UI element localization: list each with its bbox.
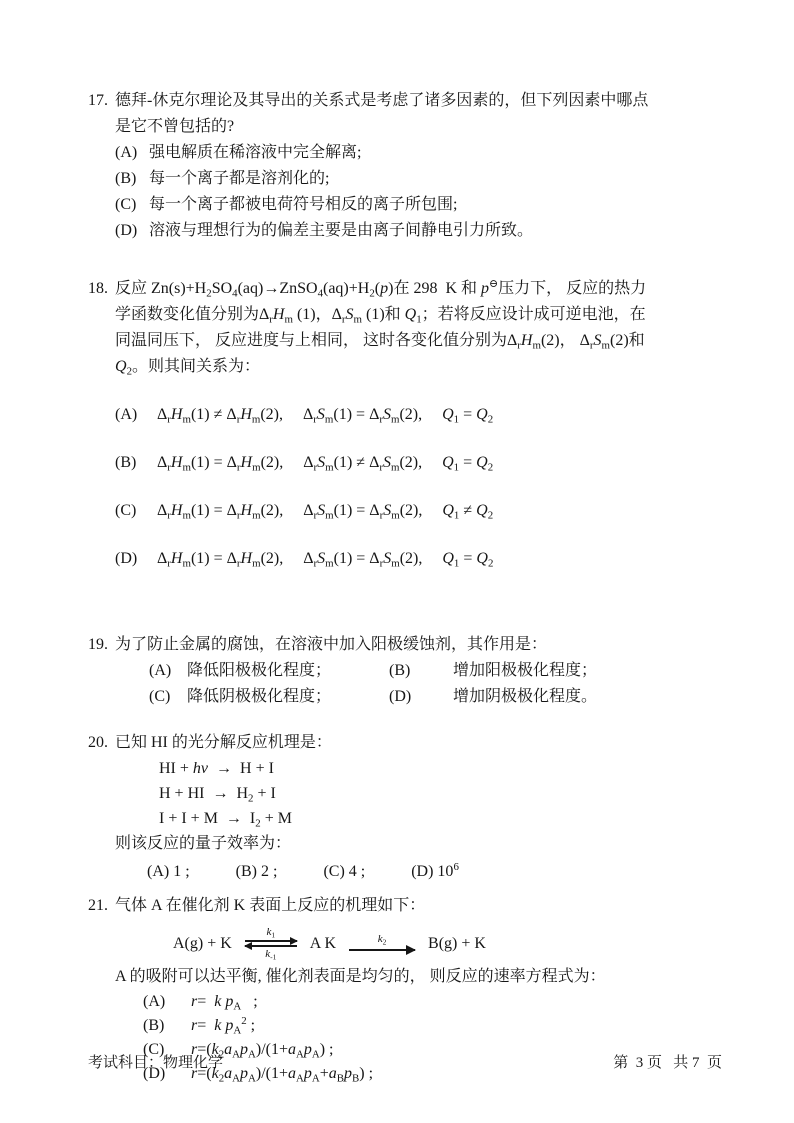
question-17-option-d: (D) 溶液与理想行为的偏差主要是由离子间静电引力所致。 xyxy=(115,218,724,244)
reaction-equation-1: HI + hν → H + I xyxy=(159,756,724,781)
equation-intermediate: A K xyxy=(310,934,336,954)
question-18-option-d: (D) ΔrHm(1) = ΔrHm(2), ΔrSm(1) = ΔrSm(2)… xyxy=(115,546,724,571)
option-label: (A) xyxy=(143,990,191,1014)
question-18-option-a: (A) ΔrHm(1) ≠ ΔrHm(2), ΔrSm(1) = ΔrSm(2)… xyxy=(115,402,724,427)
rate-constant-k1: k1 xyxy=(266,927,275,938)
rate-constant-k-minus-1: k-1 xyxy=(265,949,276,960)
option-formula: ΔrHm(1) = ΔrHm(2), ΔrSm(1) = ΔrSm(2), Q1… xyxy=(157,546,493,571)
question-21-number: 21. xyxy=(88,893,115,919)
equilibrium-arrow-icon: k1 k-1 xyxy=(245,927,297,960)
option-label: (C) xyxy=(115,192,149,218)
option-label: (A) xyxy=(115,402,157,427)
footer-exam-subject: 考试科目：物理化学 xyxy=(88,1052,223,1074)
option-text: 降低阴极极化程度； xyxy=(187,684,389,710)
option-label: (A) xyxy=(115,140,149,166)
option-label: (C) xyxy=(115,498,157,523)
option-text: 增加阳极极化程度； xyxy=(453,658,724,684)
question-17-option-a: (A) 强电解质在稀溶液中完全解离; xyxy=(115,140,724,166)
question-21-option-a: (A) r= k pA ; xyxy=(143,990,724,1014)
question-20-option-b: (B) 2 ; xyxy=(236,859,278,885)
question-18-number: 18. xyxy=(88,276,115,302)
option-text: 强电解质在稀溶液中完全解离; xyxy=(149,140,361,166)
question-18: 18. 反应 Zn(s)+H2SO4(aq)→ZnSO4(aq)+H2(p)在 … xyxy=(88,276,724,594)
question-17-text-line-2: 是它不曾包括的? xyxy=(115,114,724,140)
option-label: (B) xyxy=(389,658,453,684)
page-footer: 考试科目：物理化学 第 3 页 共 7 页 xyxy=(88,1052,722,1074)
option-label: (D) xyxy=(115,546,157,571)
question-20-prompt: 则该反应的量子效率为： xyxy=(115,831,724,857)
equation-rhs: B(g) + K xyxy=(428,934,486,954)
option-formula: ΔrHm(1) ≠ ΔrHm(2), ΔrSm(1) = ΔrSm(2), Q1… xyxy=(157,402,493,427)
catalysis-mechanism-equation: A(g) + K k1 k-1 A K k2 B(g) + K xyxy=(173,927,724,960)
question-20: 20. 已知 HI 的光分解反应机理是： HI + hν → H + I H +… xyxy=(88,730,724,885)
option-formula: ΔrHm(1) = ΔrHm(2), ΔrSm(1) ≠ ΔrSm(2), Q1… xyxy=(157,450,493,475)
option-label: (A) xyxy=(149,658,187,684)
option-text: 增加阴极极化程度。 xyxy=(453,684,724,710)
option-label: (C) xyxy=(149,684,187,710)
equation-lhs: A(g) + K xyxy=(173,934,232,954)
option-text: 溶液与理想行为的偏差主要是由离子间静电引力所致。 xyxy=(149,218,533,244)
question-18-option-c: (C) ΔrHm(1) = ΔrHm(2), ΔrSm(1) = ΔrSm(2)… xyxy=(115,498,724,523)
question-20-option-a: (A) 1 ; xyxy=(147,859,190,885)
option-text: 降低阳极极化程度； xyxy=(187,658,389,684)
question-18-text-line-3: 同温同压下， 反应进度与上相同， 这时各变化值分别为ΔrHm(2)， ΔrSm(… xyxy=(115,328,724,354)
question-21-condition: A 的吸附可以达平衡, 催化剂表面是均匀的， 则反应的速率方程式为： xyxy=(115,964,724,990)
question-17: 17. 德拜-休克尔理论及其导出的关系式是考虑了诸多因素的，但下列因素中哪点 是… xyxy=(88,88,724,244)
option-label: (B) xyxy=(115,450,157,475)
question-21-option-b: (B) r= k pA2 ; xyxy=(143,1014,724,1038)
question-18-text-line-2: 学函数变化值分别为ΔrHm (1)，ΔrSm (1)和 Q1；若将反应设计成可逆… xyxy=(115,302,724,328)
reaction-equation-3: I + I + M → I2 + M xyxy=(159,806,724,831)
question-21-text: 气体 A 在催化剂 K 表面上反应的机理如下： xyxy=(115,893,724,919)
option-label: (B) xyxy=(115,166,149,192)
option-text: 每一个离子都被电荷符号相反的离子所包围; xyxy=(149,192,457,218)
option-label: (B) xyxy=(143,1014,191,1038)
footer-page-number: 第 3 页 共 7 页 xyxy=(613,1052,722,1074)
question-18-option-b: (B) ΔrHm(1) = ΔrHm(2), ΔrSm(1) ≠ ΔrSm(2)… xyxy=(115,450,724,475)
question-20-option-c: (C) 4 ; xyxy=(323,859,365,885)
exam-page: 17. 德拜-休克尔理论及其导出的关系式是考虑了诸多因素的，但下列因素中哪点 是… xyxy=(0,0,794,1123)
rate-constant-k2: k2 xyxy=(378,934,387,945)
question-20-number: 20. xyxy=(88,730,115,756)
option-text: 每一个离子都是溶剂化的; xyxy=(149,166,329,192)
question-17-option-b: (B) 每一个离子都是溶剂化的; xyxy=(115,166,724,192)
forward-arrow-icon: k2 xyxy=(349,934,415,953)
question-20-option-d: (D) 106 xyxy=(411,859,459,885)
question-18-text-line-4: Q2。则其间关系为： xyxy=(115,354,724,380)
question-18-text-line-1: 反应 Zn(s)+H2SO4(aq)→ZnSO4(aq)+H2(p)在 298 … xyxy=(115,276,724,302)
question-20-text: 已知 HI 的光分解反应机理是： xyxy=(115,730,724,756)
reaction-equation-2: H + HI → H2 + I xyxy=(159,781,724,806)
option-label: (D) xyxy=(115,218,149,244)
question-17-text-line-1: 德拜-休克尔理论及其导出的关系式是考虑了诸多因素的，但下列因素中哪点 xyxy=(115,88,724,114)
question-17-option-c: (C) 每一个离子都被电荷符号相反的离子所包围; xyxy=(115,192,724,218)
option-label: (D) xyxy=(389,684,453,710)
option-formula: r= k pA ; xyxy=(191,990,258,1014)
question-19-number: 19. xyxy=(88,632,115,658)
option-formula: ΔrHm(1) = ΔrHm(2), ΔrSm(1) = ΔrSm(2), Q1… xyxy=(157,498,493,523)
question-19: 19. 为了防止金属的腐蚀，在溶液中加入阳极缓蚀剂，其作用是： (A) 降低阳极… xyxy=(88,632,724,710)
question-17-number: 17. xyxy=(88,88,115,114)
question-19-text: 为了防止金属的腐蚀，在溶液中加入阳极缓蚀剂，其作用是： xyxy=(115,632,724,658)
option-formula: r= k pA2 ; xyxy=(191,1014,255,1038)
